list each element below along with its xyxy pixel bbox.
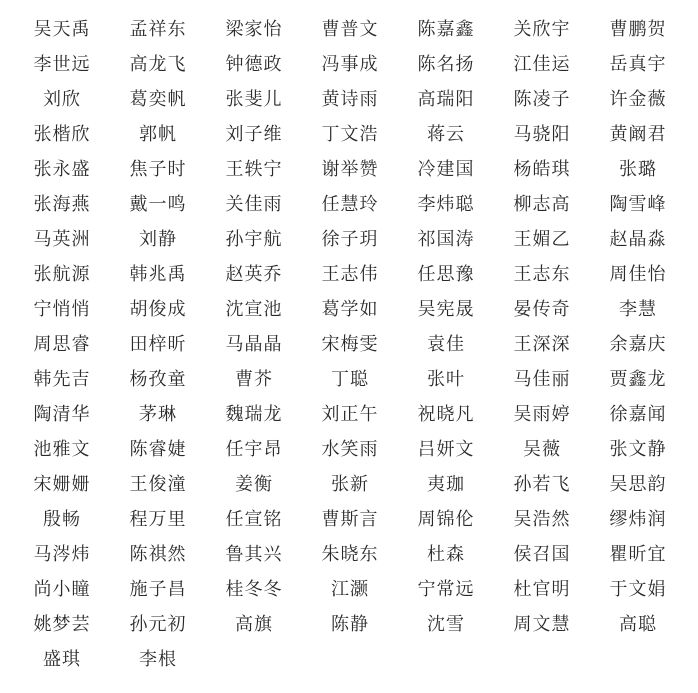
name-entry: 李根 xyxy=(110,640,206,675)
name-entry: 张航源 xyxy=(14,255,110,290)
name-entry: 王深深 xyxy=(494,325,590,360)
name-entry: 贾鑫龙 xyxy=(590,360,686,395)
name-entry: 柳志高 xyxy=(494,185,590,220)
name-entry: 施子昌 xyxy=(110,570,206,605)
name-entry: 晏传奇 xyxy=(494,290,590,325)
name-entry: 冯事成 xyxy=(302,45,398,80)
name-entry: 冷建国 xyxy=(398,150,494,185)
name-entry: 葛学如 xyxy=(302,290,398,325)
name-entry: 赵英乔 xyxy=(206,255,302,290)
name-entry: 江佳运 xyxy=(494,45,590,80)
name-entry: 陈名扬 xyxy=(398,45,494,80)
name-entry: 丁文浩 xyxy=(302,115,398,150)
name-entry: 黄诗雨 xyxy=(302,80,398,115)
name-entry: 孙元初 xyxy=(110,605,206,640)
name-entry: 杨皓琪 xyxy=(494,150,590,185)
name-entry: 陈凌子 xyxy=(494,80,590,115)
name-entry: 徐子玥 xyxy=(302,220,398,255)
name-entry: 张新 xyxy=(302,465,398,500)
name-entry: 王志伟 xyxy=(302,255,398,290)
name-entry: 瞿昕宜 xyxy=(590,535,686,570)
name-entry: 吴天禹 xyxy=(14,10,110,45)
name-entry: 周锦伦 xyxy=(398,500,494,535)
name-entry: 许金薇 xyxy=(590,80,686,115)
name-entry: 江灏 xyxy=(302,570,398,605)
name-entry: 任慧玲 xyxy=(302,185,398,220)
name-entry: 宋姗姗 xyxy=(14,465,110,500)
name-entry: 张璐 xyxy=(590,150,686,185)
name-entry: 高龙飞 xyxy=(110,45,206,80)
name-entry: 孙宇航 xyxy=(206,220,302,255)
name-entry: 尚小瞳 xyxy=(14,570,110,605)
name-entry: 杨孜童 xyxy=(110,360,206,395)
name-entry: 张斐儿 xyxy=(206,80,302,115)
name-entry: 曹普文 xyxy=(302,10,398,45)
name-entry: 桂冬冬 xyxy=(206,570,302,605)
name-entry: 焦子时 xyxy=(110,150,206,185)
name-entry: 吴宪晟 xyxy=(398,290,494,325)
name-entry: 任宇昂 xyxy=(206,430,302,465)
name-entry: 鲁其兴 xyxy=(206,535,302,570)
name-entry: 陈嘉鑫 xyxy=(398,10,494,45)
name-entry: 魏瑞龙 xyxy=(206,395,302,430)
name-entry: 张海燕 xyxy=(14,185,110,220)
name-entry: 姜衡 xyxy=(206,465,302,500)
name-entry: 刘欣 xyxy=(14,80,110,115)
name-entry: 韩先吉 xyxy=(14,360,110,395)
name-entry: 张叶 xyxy=(398,360,494,395)
name-entry: 钟德政 xyxy=(206,45,302,80)
name-list-grid: 吴天禹孟祥东梁家怡曹普文陈嘉鑫关欣宇曹鹏贺李世远高龙飞钟德政冯事成陈名扬江佳运岳… xyxy=(14,10,686,675)
name-entry: 韩兆禹 xyxy=(110,255,206,290)
name-entry: 高瑞阳 xyxy=(398,80,494,115)
name-entry: 马英洲 xyxy=(14,220,110,255)
name-entry: 曹鹏贺 xyxy=(590,10,686,45)
name-entry: 王轶宁 xyxy=(206,150,302,185)
name-entry: 陈睿婕 xyxy=(110,430,206,465)
name-entry: 周思睿 xyxy=(14,325,110,360)
name-entry: 缪炜润 xyxy=(590,500,686,535)
name-entry: 葛奕帆 xyxy=(110,80,206,115)
name-entry: 吴雨婷 xyxy=(494,395,590,430)
name-entry: 于文娟 xyxy=(590,570,686,605)
name-entry: 曹斯言 xyxy=(302,500,398,535)
name-entry: 关佳雨 xyxy=(206,185,302,220)
name-entry: 李慧 xyxy=(590,290,686,325)
name-entry: 孟祥东 xyxy=(110,10,206,45)
name-entry: 吴浩然 xyxy=(494,500,590,535)
name-entry: 岳真宇 xyxy=(590,45,686,80)
name-entry: 李世远 xyxy=(14,45,110,80)
name-entry: 蒋云 xyxy=(398,115,494,150)
name-entry: 陈静 xyxy=(302,605,398,640)
name-entry: 朱晓东 xyxy=(302,535,398,570)
name-entry: 水笑雨 xyxy=(302,430,398,465)
name-entry: 刘正午 xyxy=(302,395,398,430)
name-entry: 吴薇 xyxy=(494,430,590,465)
name-entry: 曹芥 xyxy=(206,360,302,395)
name-entry: 王俊潼 xyxy=(110,465,206,500)
name-entry: 吴思韵 xyxy=(590,465,686,500)
name-entry: 任思豫 xyxy=(398,255,494,290)
name-entry: 马晶晶 xyxy=(206,325,302,360)
name-entry: 宋梅雯 xyxy=(302,325,398,360)
name-entry: 周佳怡 xyxy=(590,255,686,290)
name-entry: 陶雪峰 xyxy=(590,185,686,220)
name-entry: 祁国涛 xyxy=(398,220,494,255)
name-entry: 姚梦芸 xyxy=(14,605,110,640)
name-entry: 池雅文 xyxy=(14,430,110,465)
name-entry: 马骁阳 xyxy=(494,115,590,150)
name-entry: 杜官明 xyxy=(494,570,590,605)
name-entry: 张楷欣 xyxy=(14,115,110,150)
name-entry: 李炜聪 xyxy=(398,185,494,220)
name-entry: 陶清华 xyxy=(14,395,110,430)
name-entry: 盛琪 xyxy=(14,640,110,675)
name-entry: 王媚乙 xyxy=(494,220,590,255)
name-entry: 关欣宇 xyxy=(494,10,590,45)
name-entry: 程万里 xyxy=(110,500,206,535)
name-entry: 吕妍文 xyxy=(398,430,494,465)
name-entry: 马涔炜 xyxy=(14,535,110,570)
name-entry: 孙若飞 xyxy=(494,465,590,500)
name-entry: 刘静 xyxy=(110,220,206,255)
name-entry: 任宣铭 xyxy=(206,500,302,535)
name-entry: 高聪 xyxy=(590,605,686,640)
name-entry: 张永盛 xyxy=(14,150,110,185)
name-entry: 祝晓凡 xyxy=(398,395,494,430)
name-entry: 马佳丽 xyxy=(494,360,590,395)
name-entry: 张文静 xyxy=(590,430,686,465)
name-entry: 侯召国 xyxy=(494,535,590,570)
name-entry: 谢举赞 xyxy=(302,150,398,185)
name-entry: 田梓昕 xyxy=(110,325,206,360)
name-entry: 茅琳 xyxy=(110,395,206,430)
name-entry: 夷珈 xyxy=(398,465,494,500)
name-entry: 郭帆 xyxy=(110,115,206,150)
name-entry: 余嘉庆 xyxy=(590,325,686,360)
name-entry: 周文慧 xyxy=(494,605,590,640)
name-entry: 宁常远 xyxy=(398,570,494,605)
name-entry: 徐嘉闻 xyxy=(590,395,686,430)
name-entry: 丁聪 xyxy=(302,360,398,395)
name-entry: 陈祺然 xyxy=(110,535,206,570)
name-entry: 沈宣池 xyxy=(206,290,302,325)
name-entry: 沈雪 xyxy=(398,605,494,640)
name-entry: 殷畅 xyxy=(14,500,110,535)
name-entry: 梁家怡 xyxy=(206,10,302,45)
name-entry: 王志东 xyxy=(494,255,590,290)
name-entry: 胡俊成 xyxy=(110,290,206,325)
name-entry: 宁悄悄 xyxy=(14,290,110,325)
name-entry: 袁佳 xyxy=(398,325,494,360)
name-entry: 刘子维 xyxy=(206,115,302,150)
name-entry: 高旗 xyxy=(206,605,302,640)
name-entry: 戴一鸣 xyxy=(110,185,206,220)
name-entry: 赵晶淼 xyxy=(590,220,686,255)
name-entry: 杜森 xyxy=(398,535,494,570)
name-entry: 黄阚君 xyxy=(590,115,686,150)
